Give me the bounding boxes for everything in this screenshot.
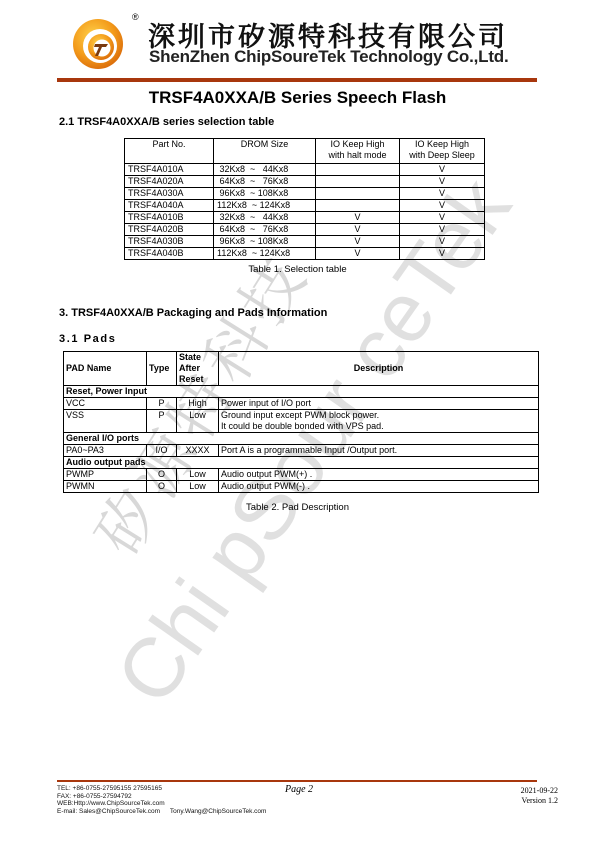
footer-divider xyxy=(57,780,537,782)
type-cell: I/O xyxy=(147,445,177,457)
col-state-line2: After xyxy=(179,363,216,374)
table-1-caption: Table 1. Selection table xyxy=(0,264,595,275)
state-cell: Low xyxy=(177,469,219,481)
col-type: Type xyxy=(147,352,177,386)
description-line: Audio output PWM(+) . xyxy=(221,469,536,480)
group-row: Audio output pads xyxy=(64,457,539,469)
col-io-halt: IO Keep High with halt mode xyxy=(316,139,400,164)
table-row: VCCPHighPower input of I/O port xyxy=(64,398,539,410)
type-cell: P xyxy=(147,398,177,410)
col-state-line1: State xyxy=(179,352,216,363)
pad-name-cell: PWMN xyxy=(64,481,147,493)
state-cell: XXXX xyxy=(177,445,219,457)
description-cell: Ground input except PWM block power.It c… xyxy=(219,410,539,433)
description-cell: Power input of I/O port xyxy=(219,398,539,410)
table-row: PWMPOLowAudio output PWM(+) . xyxy=(64,469,539,481)
part-no-cell: TRSF4A030B xyxy=(125,236,214,248)
footer-tel: TEL: +86-0755-27595155 27595165 xyxy=(57,785,266,793)
state-cell: Low xyxy=(177,481,219,493)
col-pad-name: PAD Name xyxy=(64,352,147,386)
col-drom-size: DROM Size xyxy=(214,139,316,164)
io-halt-cell: V xyxy=(316,248,400,260)
io-sleep-cell: V xyxy=(400,212,485,224)
group-row: Reset, Power Input xyxy=(64,386,539,398)
footer-version: Version 1.2 xyxy=(480,796,558,806)
footer-contact: TEL: +86-0755-27595155 27595165 FAX: +86… xyxy=(57,785,266,815)
table-row: TRSF4A010A 32Kx8 ~ 44Kx8V xyxy=(125,164,485,176)
table-row: TRSF4A040B112Kx8 ~ 124Kx8VV xyxy=(125,248,485,260)
col-part-no: Part No. xyxy=(125,139,214,164)
footer-email[interactable]: E-mail: Sales@ChipSourceTek.com xyxy=(57,808,160,815)
io-sleep-cell: V xyxy=(400,164,485,176)
pad-name-cell: PA0~PA3 xyxy=(64,445,147,457)
section-heading-2-1: 2.1 TRSF4A0XXA/B series selection table xyxy=(59,116,274,128)
type-cell: O xyxy=(147,469,177,481)
col-state-line3: Reset xyxy=(179,374,216,385)
io-halt-cell xyxy=(316,188,400,200)
footer-email-2[interactable]: Tony.Wang@ChipSourceTek.com xyxy=(170,808,267,815)
type-cell: O xyxy=(147,481,177,493)
drom-size-cell: 96Kx8 ~ 108Kx8 xyxy=(214,236,316,248)
io-sleep-cell: V xyxy=(400,248,485,260)
col-description: Description xyxy=(219,352,539,386)
table-row: TRSF4A040A112Kx8 ~ 124Kx8V xyxy=(125,200,485,212)
selection-table-header: Part No. DROM Size IO Keep High with hal… xyxy=(125,139,485,164)
description-line: It could be double bonded with VPS pad. xyxy=(221,421,536,432)
col-state-after-reset: State After Reset xyxy=(177,352,219,386)
table-row: VSSPLowGround input except PWM block pow… xyxy=(64,410,539,433)
drom-size-cell: 32Kx8 ~ 44Kx8 xyxy=(214,212,316,224)
footer-date: 2021-09-22 xyxy=(480,786,558,796)
pad-name-cell: PWMP xyxy=(64,469,147,481)
footer-fax: FAX: +86-0755-27594792 xyxy=(57,793,266,801)
group-title: Reset, Power Input xyxy=(64,386,539,398)
col-io-sleep-line2: with Deep Sleep xyxy=(403,150,481,161)
drom-size-cell: 64Kx8 ~ 76Kx8 xyxy=(214,224,316,236)
io-sleep-cell: V xyxy=(400,224,485,236)
io-sleep-cell: V xyxy=(400,236,485,248)
col-io-sleep: IO Keep High with Deep Sleep xyxy=(400,139,485,164)
section-heading-3-1: 3.1 Pads xyxy=(59,333,116,345)
part-no-cell: TRSF4A010B xyxy=(125,212,214,224)
logo-icon xyxy=(71,17,125,71)
col-io-halt-line1: IO Keep High xyxy=(319,139,396,150)
pad-name-cell: VSS xyxy=(64,410,147,433)
description-cell: Audio output PWM(+) . xyxy=(219,469,539,481)
part-no-cell: TRSF4A020B xyxy=(125,224,214,236)
table-row: TRSF4A030B 96Kx8 ~ 108Kx8VV xyxy=(125,236,485,248)
pad-name-cell: VCC xyxy=(64,398,147,410)
table-row: PA0~PA3I/OXXXXPort A is a programmable I… xyxy=(64,445,539,457)
group-row: General I/O ports xyxy=(64,433,539,445)
part-no-cell: TRSF4A040A xyxy=(125,200,214,212)
drom-size-cell: 32Kx8 ~ 44Kx8 xyxy=(214,164,316,176)
description-line: Power input of I/O port xyxy=(221,398,536,409)
description-line: Ground input except PWM block power. xyxy=(221,410,536,421)
page-number: Page 2 xyxy=(285,784,313,795)
footer-web[interactable]: WEB:Http://www.ChipSourceTek.com xyxy=(57,800,266,808)
part-no-cell: TRSF4A040B xyxy=(125,248,214,260)
header-divider xyxy=(57,78,537,82)
io-halt-cell xyxy=(316,200,400,212)
table-row: TRSF4A010B 32Kx8 ~ 44Kx8VV xyxy=(125,212,485,224)
io-halt-cell: V xyxy=(316,212,400,224)
description-cell: Port A is a programmable Input /Output p… xyxy=(219,445,539,457)
io-sleep-cell: V xyxy=(400,188,485,200)
drom-size-cell: 96Kx8 ~ 108Kx8 xyxy=(214,188,316,200)
col-io-sleep-line1: IO Keep High xyxy=(403,139,481,150)
io-halt-cell xyxy=(316,164,400,176)
description-cell: Audio output PWM(-) . xyxy=(219,481,539,493)
pad-table: PAD Name Type State After Reset Descript… xyxy=(63,351,539,493)
selection-table: Part No. DROM Size IO Keep High with hal… xyxy=(124,138,485,260)
io-sleep-cell: V xyxy=(400,176,485,188)
table-2-caption: Table 2. Pad Description xyxy=(0,502,595,513)
company-logo xyxy=(71,17,125,71)
col-io-halt-line2: with halt mode xyxy=(319,150,396,161)
table-row: TRSF4A030A 96Kx8 ~ 108Kx8V xyxy=(125,188,485,200)
state-cell: Low xyxy=(177,410,219,433)
description-line: Audio output PWM(-) . xyxy=(221,481,536,492)
type-cell: P xyxy=(147,410,177,433)
table-row: TRSF4A020B 64Kx8 ~ 76Kx8VV xyxy=(125,224,485,236)
pad-table-header: PAD Name Type State After Reset Descript… xyxy=(64,352,539,386)
registered-mark: ® xyxy=(132,12,139,22)
drom-size-cell: 112Kx8 ~ 124Kx8 xyxy=(214,248,316,260)
description-line: Port A is a programmable Input /Output p… xyxy=(221,445,536,456)
table-row: TRSF4A020A 64Kx8 ~ 76Kx8V xyxy=(125,176,485,188)
section-heading-3: 3. TRSF4A0XXA/B Packaging and Pads Infor… xyxy=(59,307,327,319)
footer-email-line: E-mail: Sales@ChipSourceTek.com Tony.Wan… xyxy=(57,808,266,816)
part-no-cell: TRSF4A010A xyxy=(125,164,214,176)
state-cell: High xyxy=(177,398,219,410)
io-halt-cell xyxy=(316,176,400,188)
drom-size-cell: 112Kx8 ~ 124Kx8 xyxy=(214,200,316,212)
group-title: Audio output pads xyxy=(64,457,539,469)
part-no-cell: TRSF4A030A xyxy=(125,188,214,200)
io-halt-cell: V xyxy=(316,224,400,236)
document-title: TRSF4A0XXA/B Series Speech Flash xyxy=(0,88,595,108)
company-name-en: ShenZhen ChipSoureTek Technology Co.,Ltd… xyxy=(149,47,509,67)
drom-size-cell: 64Kx8 ~ 76Kx8 xyxy=(214,176,316,188)
part-no-cell: TRSF4A020A xyxy=(125,176,214,188)
io-halt-cell: V xyxy=(316,236,400,248)
footer-version-info: 2021-09-22 Version 1.2 xyxy=(480,786,558,806)
group-title: General I/O ports xyxy=(64,433,539,445)
table-row: PWMNOLowAudio output PWM(-) . xyxy=(64,481,539,493)
io-sleep-cell: V xyxy=(400,200,485,212)
